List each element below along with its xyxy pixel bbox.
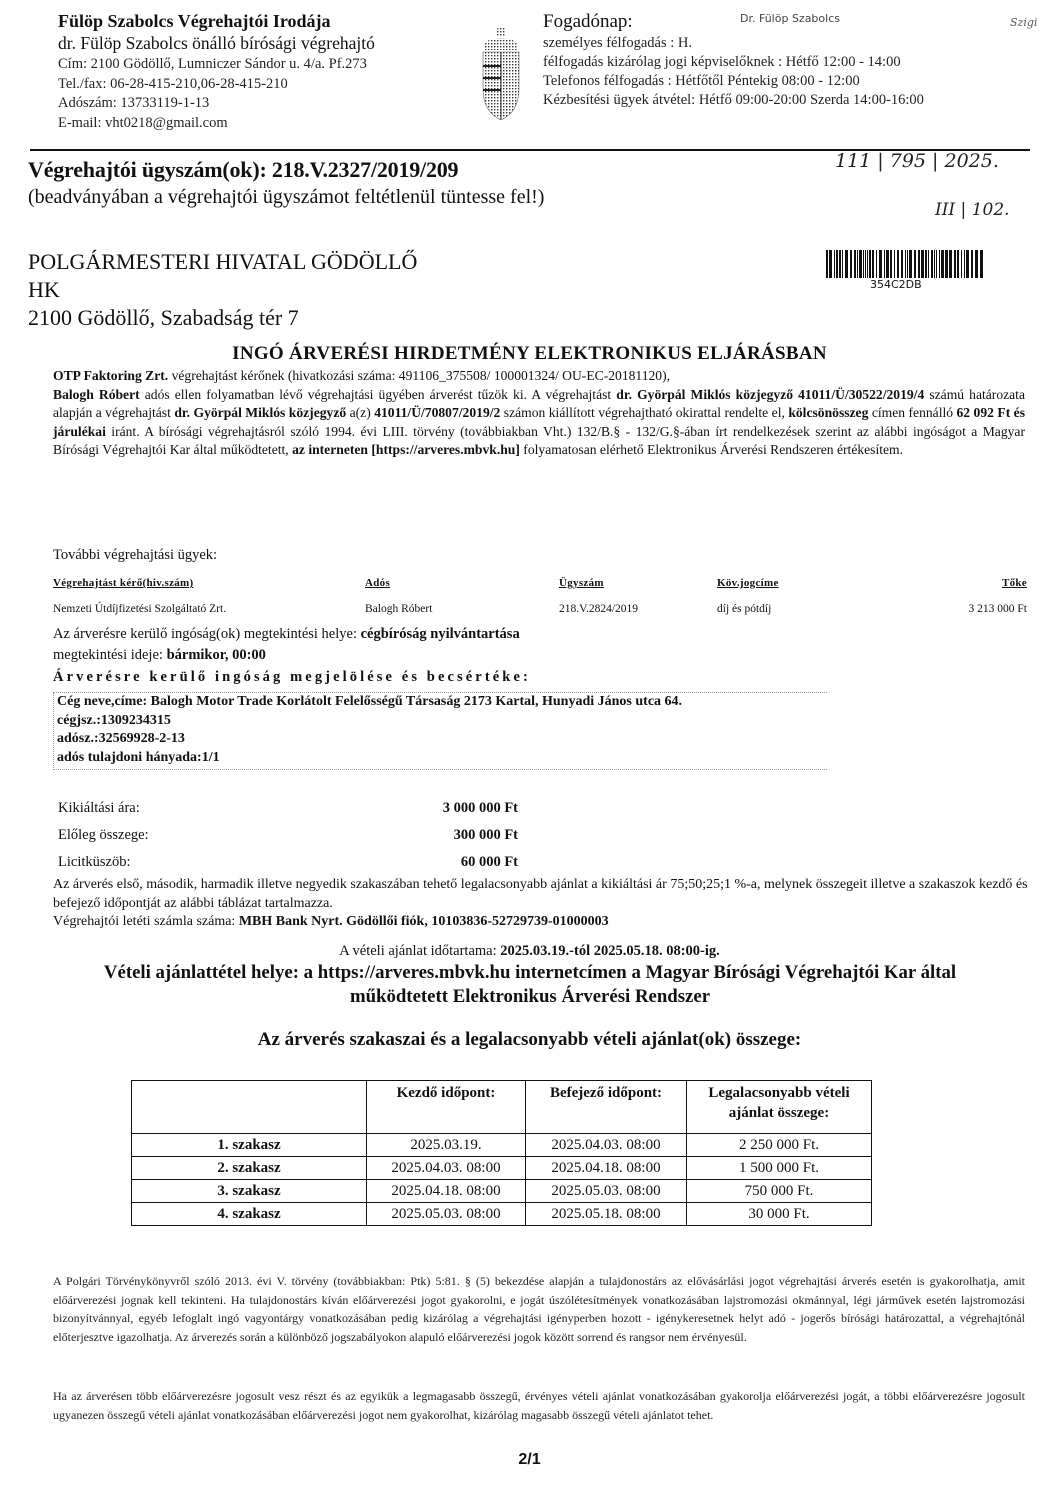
stage-min-bid: 1 500 000 Ft. bbox=[687, 1157, 872, 1180]
stage-label: 2. szakasz bbox=[132, 1157, 367, 1180]
barcode-code: 354C2DB bbox=[870, 278, 922, 291]
reception-line: személyes félfogadás : H. bbox=[543, 34, 1013, 53]
intro-text: a(z) bbox=[346, 405, 374, 420]
stage-min-bid: 750 000 Ft. bbox=[687, 1180, 872, 1203]
item-line: cégjsz.:1309234315 bbox=[57, 712, 827, 731]
intro-text: címen fennálló bbox=[868, 405, 956, 420]
stage-min-bid: 2 250 000 Ft. bbox=[687, 1134, 872, 1157]
table-row: 3. szakasz 2025.04.18. 08:00 2025.05.03.… bbox=[132, 1180, 872, 1203]
stage-label: 4. szakasz bbox=[132, 1203, 367, 1226]
price-row: Előleg összege:300 000 Ft bbox=[58, 827, 518, 854]
stamp-name: Dr. Fülöp Szabolcs bbox=[740, 12, 840, 25]
intro-text: adós ellen folyamatban lévő végrehajtási… bbox=[140, 387, 617, 402]
office-tax-number: Adószám: 13733119-1-13 bbox=[58, 94, 478, 114]
notary-decision: dr. Györpál Miklós közjegyző 41011/Ü/305… bbox=[616, 387, 924, 402]
reception-line: Telefonos félfogadás : Hétfőtől Péntekig… bbox=[543, 72, 1013, 91]
recipient-address: POLGÁRMESTERI HIVATAL GÖDÖLLŐ HK 2100 Gö… bbox=[28, 248, 417, 332]
account-number: MBH Bank Nyrt. Gödöllői fiók, 10103836-5… bbox=[239, 914, 609, 929]
reception-hours: Fogadónap: személyes félfogadás : H. fél… bbox=[543, 10, 1013, 110]
table-cell: 218.V.2824/2019 bbox=[559, 603, 717, 615]
stage-start: 2025.05.03. 08:00 bbox=[367, 1203, 526, 1226]
stage-start: 2025.03.19. bbox=[367, 1134, 526, 1157]
recipient-dept: HK bbox=[28, 276, 417, 304]
table-cell: Balogh Róbert bbox=[365, 603, 559, 615]
item-line: Cég neve,címe: Balogh Motor Trade Korlát… bbox=[57, 693, 827, 712]
price-label: Előleg összege: bbox=[58, 827, 149, 854]
bid-duration: A vételi ajánlat időtartama: 2025.03.19.… bbox=[0, 943, 1059, 960]
recipient-name: POLGÁRMESTERI HIVATAL GÖDÖLLŐ bbox=[28, 248, 417, 276]
inspection-time: bármikor, 00:00 bbox=[167, 647, 266, 663]
intro-text: végrehajtást kérőnek (hivatkozási száma:… bbox=[168, 368, 670, 383]
stage-end: 2025.04.18. 08:00 bbox=[526, 1157, 687, 1180]
handwritten-registry-subnumber: III | 102. bbox=[935, 200, 1010, 220]
officer-name: dr. Fülöp Szabolcs önálló bírósági végre… bbox=[58, 32, 478, 55]
column-header bbox=[132, 1081, 367, 1134]
reception-line: félfogadás kizárólag jogi képviselőknek … bbox=[543, 53, 1013, 72]
table-row: 4. szakasz 2025.05.03. 08:00 2025.05.18.… bbox=[132, 1203, 872, 1226]
column-header: Ügyszám bbox=[559, 577, 717, 589]
stage-label: 1. szakasz bbox=[132, 1134, 367, 1157]
price-value: 3 000 000 Ft bbox=[443, 800, 518, 827]
column-header: Köv.jogcíme bbox=[717, 577, 847, 589]
table-cell: díj és pótdíj bbox=[717, 603, 847, 615]
intro-text: folyamatosan elérhető Elektronikus Árver… bbox=[520, 442, 903, 457]
legal-notice-1: A Polgári Törvénykönyvről szóló 2013. év… bbox=[53, 1272, 1025, 1346]
enforcement-document-number: 41011/Ü/70807/2019/2 bbox=[374, 405, 500, 420]
legal-notice-2: Ha az árverésen több előárverezésre jogo… bbox=[53, 1387, 1025, 1424]
column-header: Legalacsonyabb vételi ajánlat összege: bbox=[687, 1081, 872, 1134]
column-header: Végrehajtást kérő(hiv.szám) bbox=[53, 577, 365, 589]
column-header: Adós bbox=[365, 577, 559, 589]
table-header: Kezdő időpont: Befejező időpont: Legalac… bbox=[132, 1081, 872, 1134]
inspection-place-label: Az árverésre kerülő ingóság(ok) megtekin… bbox=[53, 626, 361, 642]
price-label: Kikiáltási ára: bbox=[58, 800, 140, 827]
intro-paragraph: OTP Faktoring Zrt. végrehajtást kérőnek … bbox=[53, 367, 1025, 460]
bid-place: Vételi ajánlattétel helye: a https://arv… bbox=[100, 961, 960, 1009]
price-value: 300 000 Ft bbox=[454, 827, 518, 854]
stages-note-text: Az árverés első, második, harmadik illet… bbox=[53, 876, 1033, 913]
reception-line: Kézbesítési ügyek átvétel: Hétfő 09:00-2… bbox=[543, 91, 1013, 110]
creditor-name: OTP Faktoring Zrt. bbox=[53, 368, 168, 383]
table-cell: 3 213 000 Ft bbox=[847, 603, 1027, 615]
intro-text: számon kiállított végrehajtható okiratta… bbox=[500, 405, 788, 420]
stages-note: Az árverés első, második, harmadik illet… bbox=[53, 876, 1033, 932]
office-email[interactable]: E-mail: vht0218@gmail.com bbox=[58, 114, 478, 134]
stage-end: 2025.05.03. 08:00 bbox=[526, 1180, 687, 1203]
table-cell: Nemzeti Útdíjfizetési Szolgáltató Zrt. bbox=[53, 603, 365, 615]
stage-end: 2025.04.03. 08:00 bbox=[526, 1134, 687, 1157]
case-number: Végrehajtói ügyszám(ok): 218.V.2327/2019… bbox=[28, 156, 544, 184]
column-header: Befejező időpont: bbox=[526, 1081, 687, 1134]
barcode-icon bbox=[826, 250, 986, 278]
stages-title: Az árverés szakaszai és a legalacsonyabb… bbox=[0, 1029, 1059, 1051]
office-name: Fülöp Szabolcs Végrehajtói Irodája bbox=[58, 10, 478, 32]
stage-start: 2025.04.18. 08:00 bbox=[367, 1180, 526, 1203]
claim-type: kölcsönösszeg bbox=[788, 405, 868, 420]
other-cases-table: Végrehajtást kérő(hiv.szám) Adós Ügyszám… bbox=[53, 570, 1027, 622]
stage-end: 2025.05.18. 08:00 bbox=[526, 1203, 687, 1226]
stage-start: 2025.04.03. 08:00 bbox=[367, 1157, 526, 1180]
table-header: Végrehajtást kérő(hiv.szám) Adós Ügyszám… bbox=[53, 570, 1027, 596]
column-header: Tőke bbox=[847, 577, 1027, 589]
auction-url[interactable]: az interneten [https://arveres.mbvk.hu] bbox=[292, 442, 520, 457]
case-note: (beadványában a végrehajtói ügyszámot fe… bbox=[28, 184, 544, 210]
office-phone: Tel./fax: 06-28-415-210,06-28-415-210 bbox=[58, 75, 478, 95]
signature: Szigi bbox=[1010, 16, 1037, 29]
stage-label: 3. szakasz bbox=[132, 1180, 367, 1203]
stage-min-bid: 30 000 Ft. bbox=[687, 1203, 872, 1226]
handwritten-registry-number: 111 | 795 | 2025. bbox=[835, 150, 999, 172]
table-row: 1. szakasz 2025.03.19. 2025.04.03. 08:00… bbox=[132, 1134, 872, 1157]
other-cases-label: További végrehajtási ügyek: bbox=[53, 547, 217, 564]
bid-duration-label: A vételi ajánlat időtartama: bbox=[339, 943, 500, 959]
page-number: 2/1 bbox=[0, 1451, 1059, 1469]
inspection-info: Az árverésre kerülő ingóság(ok) megtekin… bbox=[53, 624, 520, 666]
stages-table: Kezdő időpont: Befejező időpont: Legalac… bbox=[131, 1080, 872, 1226]
recipient-street: 2100 Gödöllő, Szabadság tér 7 bbox=[28, 304, 417, 332]
price-list: Kikiáltási ára:3 000 000 Ft Előleg össze… bbox=[58, 800, 518, 881]
notary-name: dr. Györpál Miklós közjegyző bbox=[174, 405, 346, 420]
case-info: Végrehajtói ügyszám(ok): 218.V.2327/2019… bbox=[28, 156, 544, 210]
document-title: INGÓ ÁRVERÉSI HIRDETMÉNY ELEKTRONIKUS EL… bbox=[0, 343, 1059, 365]
table-row: 2. szakasz 2025.04.03. 08:00 2025.04.18.… bbox=[132, 1157, 872, 1180]
coat-of-arms-icon bbox=[479, 22, 523, 122]
inspection-time-label: megtekintési ideje: bbox=[53, 647, 167, 663]
item-description: Cég neve,címe: Balogh Motor Trade Korlát… bbox=[53, 692, 827, 770]
item-line: adós tulajdoni hányada:1/1 bbox=[57, 749, 827, 768]
column-header: Kezdő időpont: bbox=[367, 1081, 526, 1134]
debtor-name: Balogh Róbert bbox=[53, 387, 140, 402]
office-header: Fülöp Szabolcs Végrehajtói Irodája dr. F… bbox=[58, 10, 478, 133]
inspection-place: cégbíróság nyilvántartása bbox=[361, 626, 520, 642]
office-address: Cím: 2100 Gödöllő, Lumniczer Sándor u. 4… bbox=[58, 55, 478, 75]
table-row: Nemzeti Útdíjfizetési Szolgáltató Zrt. B… bbox=[53, 596, 1027, 622]
bid-duration-value: 2025.03.19.-tól 2025.05.18. 08:00-ig. bbox=[500, 943, 720, 959]
price-row: Kikiáltási ára:3 000 000 Ft bbox=[58, 800, 518, 827]
account-label: Végrehajtói letéti számla száma: bbox=[53, 914, 239, 929]
item-section-title: Árverésre kerülő ingóság megjelölése és … bbox=[53, 669, 531, 686]
item-line: adósz.:32569928-2-13 bbox=[57, 730, 827, 749]
